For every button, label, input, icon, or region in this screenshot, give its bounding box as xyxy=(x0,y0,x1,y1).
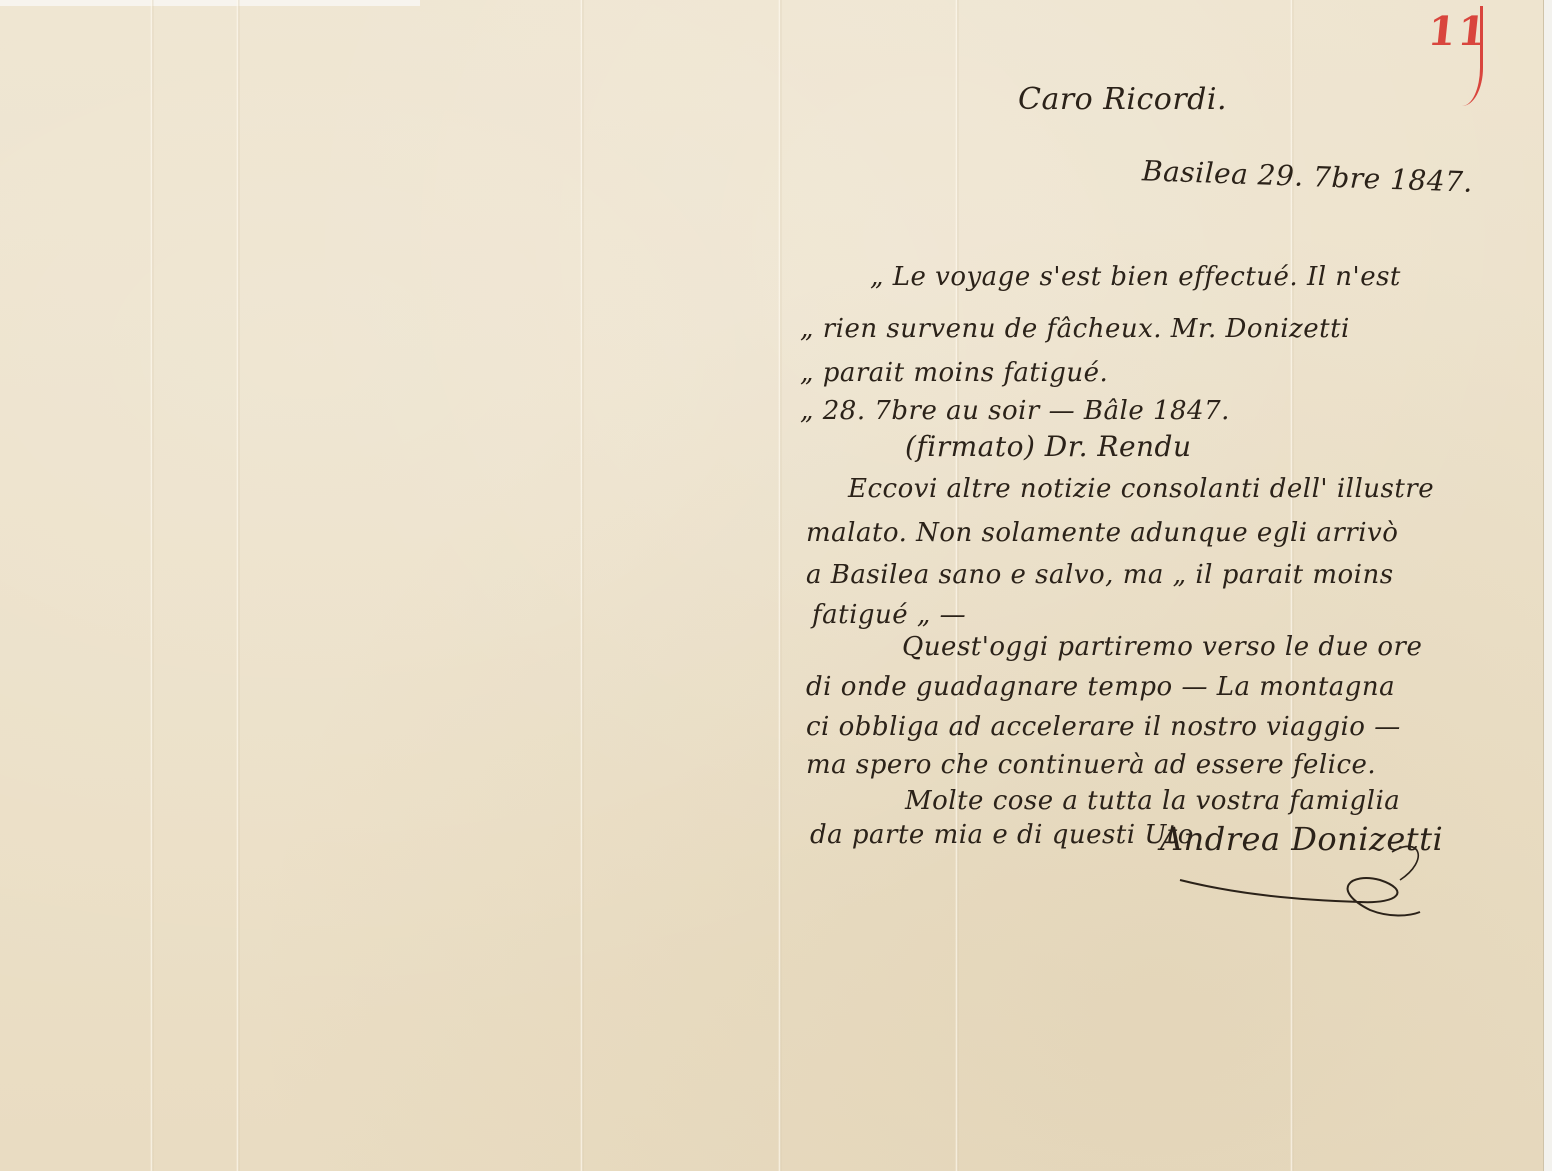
body-line: Quest'oggi partiremo verso le due ore xyxy=(902,632,1422,662)
fold-crease xyxy=(150,0,154,1171)
quote-line: „ 28. 7bre au soir — Bâle 1847. xyxy=(800,396,1230,426)
body-line: fatigué „ — xyxy=(812,600,966,630)
quote-line: „ parait moins fatigué. xyxy=(800,358,1108,388)
folio-bracket-mark xyxy=(1462,6,1483,106)
place-date: Basilea 29. 7bre 1847. xyxy=(1142,154,1474,199)
scan-edge-strip xyxy=(1543,0,1552,1171)
salutation: Caro Ricordi. xyxy=(1018,82,1227,117)
body-line: ci obbliga ad accelerare il nostro viagg… xyxy=(806,712,1401,742)
fold-crease xyxy=(778,0,782,1171)
signed-line: (firmato) Dr. Rendu xyxy=(905,430,1192,463)
body-line: da parte mia e di questi Uto xyxy=(810,820,1194,850)
body-line: di onde guadagnare tempo — La montagna xyxy=(806,672,1395,702)
fold-crease xyxy=(580,0,584,1171)
body-line: Eccovi altre notizie consolanti dell' il… xyxy=(848,474,1434,504)
fold-crease xyxy=(236,0,240,1171)
body-line: ma spero che continuerà ad essere felice… xyxy=(806,750,1376,780)
quote-line: „ Le voyage s'est bien effectué. Il n'es… xyxy=(870,262,1401,292)
paper-top-edge xyxy=(0,0,420,6)
letter-page: 11 Caro Ricordi. Basilea 29. 7bre 1847. … xyxy=(0,0,1543,1171)
signature-flourish-icon xyxy=(1160,840,1440,920)
body-line: Molte cose a tutta la vostra famiglia xyxy=(905,786,1400,816)
quote-line: „ rien survenu de fâcheux. Mr. Donizetti xyxy=(800,314,1350,344)
body-line: malato. Non solamente adunque egli arriv… xyxy=(806,518,1398,548)
body-line: a Basilea sano e salvo, ma „ il parait m… xyxy=(806,560,1394,590)
